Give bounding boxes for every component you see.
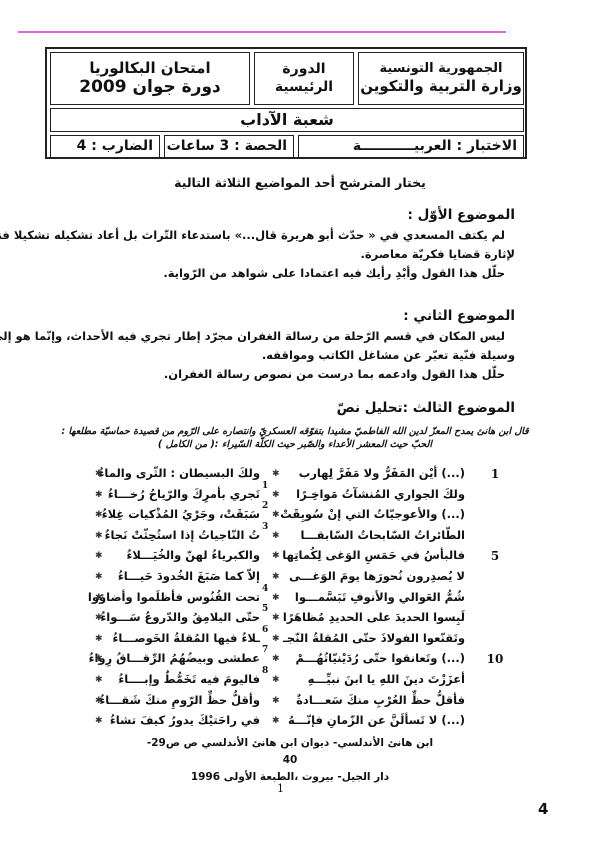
verse-first-hemistich: أعزَزْتَ دينَ اللهِ يا ابنَ نبيِّـــهِ — [308, 672, 465, 686]
verse-marker-icon: ✱ — [95, 696, 103, 706]
verse-marker-icon: ✱ — [95, 510, 103, 520]
subject-label: الاختبار : العربيـــــــــــة — [353, 138, 517, 156]
footnote-number: 6 — [262, 625, 268, 635]
poem-intro: قال ابن هانئ يمدح المعزّ لدين الله الفاط… — [50, 425, 540, 451]
exam-session-date: دورة جوان 2009 — [79, 77, 221, 98]
footnote-number: 4 — [262, 584, 268, 594]
verse-second-hemistich: ولكَ البسيطان : الثّرى والماءُ — [99, 466, 260, 480]
verse-first-hemistich: الطّائراتُ السّابحاتُ السّابقـــا — [300, 528, 465, 542]
verse-number: 5 — [480, 549, 510, 563]
topic-1-title: الموضوع الأوّل : — [407, 207, 515, 223]
duration-cell: الحصة : 3 ساعات — [164, 135, 294, 158]
footnote-number: 1 — [262, 481, 268, 491]
verse-marker-icon: ✱ — [95, 593, 103, 603]
verse-marker-icon: ✱ — [95, 531, 103, 541]
verse-second-hemistich: تَجري بأمرِكَ والرّياحُ رُخـــاءُ — [108, 487, 260, 501]
topic-2-line-1: ليس المكان في قسم الرّحلة من رسالة الغفر… — [35, 327, 515, 346]
poem-source: ابن هانئ الأندلسي- ديوان ابن هانئ الأندل… — [140, 735, 440, 786]
topic-1-text: لم يكتف المسعدي في « حدّث أبو هريرة قال.… — [35, 226, 515, 283]
poem-verse: وتَقنّعوا الفولاذَ حتّى المُقلةُ النّجـ✱… — [0, 630, 600, 650]
sheet-number: 4 — [538, 800, 548, 818]
verse-marker-icon: ✱ — [95, 716, 103, 726]
verse-separator-icon: ✱ — [272, 634, 280, 644]
verse-marker-icon: ✱ — [95, 654, 103, 664]
footnote-number: 2 — [262, 501, 268, 511]
verse-first-hemistich: شُمُّ العَوالي والأنوفِ تَبَسَّمـــوا — [295, 590, 465, 604]
verse-marker-icon: ✱ — [95, 613, 103, 623]
verse-first-hemistich: (...) أيْن المَفَرُّ ولا مَفَرَّ لِهارب — [299, 466, 465, 480]
verse-second-hemistich: فاليومَ فيه تَخَمُّطٌ وإبــــاءُ — [118, 672, 260, 686]
verse-marker-icon: ✱ — [95, 675, 103, 685]
verse-second-hemistich: والكبرياءُ لهنّ والخُيَـــلاءُ — [126, 548, 260, 562]
exam-title-cell: امتحان البكالوريا دورة جوان 2009 — [50, 52, 250, 105]
top-divider — [18, 31, 506, 33]
poem-verse: لَبِسوا الحديدَ على الحديدِ مُظاهَرًا✱حت… — [0, 609, 600, 629]
poem-verse: ولكَ الجواري المُنشآتُ مَواخِـرًا✱تَجري … — [0, 486, 600, 506]
poem-intro-line-2: الحبّ حيث المعشر الأعداء والصّبر حيث الك… — [50, 438, 540, 451]
subject-cell: الاختبار : العربيـــــــــــة — [298, 135, 524, 158]
verse-separator-icon: ✱ — [272, 551, 280, 561]
page-number: 1 — [277, 782, 284, 795]
verse-separator-icon: ✱ — [272, 593, 280, 603]
branch-cell: شعبة الآداب — [50, 108, 524, 132]
verse-second-hemistich: سَبَقَتْ، وجَرْيُ المُذْكيات غِلاءُ — [102, 507, 260, 521]
poem-verse: 1(...) أيْن المَفَرُّ ولا مَفَرَّ لِهارب… — [0, 465, 600, 485]
verse-marker-icon: ✱ — [95, 551, 103, 561]
topic-1-line-2: لإثارة قضايا فكريّة معاصرة. — [35, 245, 515, 264]
verse-number: 10 — [480, 652, 510, 666]
verse-separator-icon: ✱ — [272, 469, 280, 479]
topic-2-title: الموضوع الثاني : — [403, 308, 515, 324]
verse-separator-icon: ✱ — [272, 675, 280, 685]
exam-title: امتحان البكالوريا — [89, 59, 210, 78]
topic-2-line-3: حلّل هذا القول وادعمه بما درست من نصوص ر… — [35, 365, 515, 384]
verse-second-hemistich: إلاّ كما صَبَغَ الخُدودَ حَيـــاءُ — [118, 569, 260, 583]
verse-marker-icon: ✱ — [95, 634, 103, 644]
verse-separator-icon: ✱ — [272, 654, 280, 664]
verse-number: 1 — [480, 467, 510, 481]
verse-first-hemistich: (...) وتَعانقوا حتّى رُدَيْنيّاتُهُـــمْ — [295, 651, 465, 665]
footnote-number: 8 — [262, 666, 268, 676]
footnote-number: 3 — [262, 522, 268, 532]
verse-second-hemistich: تحت القُنُوس فأظلَموا وأضاؤوا — [88, 590, 260, 604]
duration-label: الحصة : 3 ساعات — [167, 138, 287, 156]
verse-marker-icon: ✱ — [95, 469, 103, 479]
poem-verse: (...) والأعوجيّاتُ التي إنْ سُوبِقَتْ✱سَ… — [0, 506, 600, 526]
exam-header-box: الجمهورية التونسية وزارة التربية والتكوي… — [45, 47, 527, 159]
verse-first-hemistich: ولكَ الجواري المُنشآتُ مَواخِـرًا — [296, 487, 465, 501]
verse-second-hemistich: حتّى اليلامِقُ والدّروعُ سَـــواءُ — [100, 610, 260, 624]
footnote-number: 7 — [262, 645, 268, 655]
verse-second-hemistich: ـلاءُ فيها المُقلةُ الخَوصـــاءُ — [113, 631, 260, 645]
poem-intro-line-1: قال ابن هانئ يمدح المعزّ لدين الله الفاط… — [50, 425, 540, 438]
verse-separator-icon: ✱ — [272, 490, 280, 500]
poem-verse: (...) لا تَسألَنَّ عن الزّمانِ فإنّـــهُ… — [0, 712, 600, 732]
topic-1-line-3: حلّل هذا القول وأبْدِ رأيك فيه اعتمادا ع… — [35, 264, 515, 283]
verse-first-hemistich: (...) والأعوجيّاتُ التي إنْ سُوبِقَتْ — [280, 507, 465, 521]
verse-separator-icon: ✱ — [272, 716, 280, 726]
session-label-1: الدورة — [282, 61, 325, 79]
poem-verse: فأقلُّ حظِّ العُرْبِ منكَ سَعـــادةٌ✱وأق… — [0, 692, 600, 712]
coefficient-label: الضارب : 4 — [77, 138, 153, 156]
verse-second-hemistich: عطشى وبيضُهُمُ الرِّقـــاقُ رِواءُ — [89, 651, 260, 665]
verse-second-hemistich: في راحَتيْكَ يدورُ كيفَ تشاءُ — [110, 713, 260, 727]
verse-separator-icon: ✱ — [272, 696, 280, 706]
session-cell: الدورة الرئيسية — [254, 52, 354, 105]
coefficient-cell: الضارب : 4 — [50, 135, 160, 158]
topic-1-line-1: لم يكتف المسعدي في « حدّث أبو هريرة قال.… — [35, 226, 515, 245]
verse-first-hemistich: فالبأسُ في حَمَسِ الوَغى لِكُماتِها — [282, 548, 465, 562]
verse-second-hemistich: تُ النّاجياتُ إذا استُحِثّتْ نَجاءُ — [105, 528, 260, 542]
poem-verse: لا يُصدِرون نُحورَها يومَ الوَغـــى✱إلاّ… — [0, 568, 600, 588]
poem-verse: 5فالبأسُ في حَمَسِ الوَغى لِكُماتِها✱وال… — [0, 547, 600, 567]
footnote-number: 5 — [262, 604, 268, 614]
source-line-2: دار الجيل- بيروت ،الطبعة الأولى 1996 — [140, 769, 440, 786]
country-label: الجمهورية التونسية — [379, 61, 502, 77]
verse-second-hemistich: وأقلُّ حظِّ الرّومِ منكَ شَقـــاءُ — [99, 693, 260, 707]
verse-first-hemistich: وتَقنّعوا الفولاذَ حتّى المُقلةُ النّجـ — [283, 631, 465, 645]
verse-separator-icon: ✱ — [272, 572, 280, 582]
instruction-text: يختار المترشح أحد المواضيع الثلاثة التال… — [0, 175, 600, 190]
source-line-1: ابن هانئ الأندلسي- ديوان ابن هانئ الأندل… — [140, 735, 440, 769]
verse-separator-icon: ✱ — [272, 510, 280, 520]
verse-first-hemistich: لَبِسوا الحديدَ على الحديدِ مُظاهَرًا — [283, 610, 465, 624]
topic-2-line-2: وسيلة فنّية تعبّر عن مشاغل الكاتب ومواقف… — [35, 346, 515, 365]
verse-marker-icon: ✱ — [95, 572, 103, 582]
verse-first-hemistich: لا يُصدِرون نُحورَها يومَ الوَغـــى — [289, 569, 465, 583]
poem-verse: شُمُّ العَوالي والأنوفِ تَبَسَّمـــوا✱تح… — [0, 589, 600, 609]
poem-verse: 10(...) وتَعانقوا حتّى رُدَيْنيّاتُهُـــ… — [0, 650, 600, 670]
session-label-2: الرئيسية — [275, 79, 333, 97]
verse-marker-icon: ✱ — [95, 490, 103, 500]
branch-label: شعبة الآداب — [240, 110, 334, 130]
poem-verse: أعزَزْتَ دينَ اللهِ يا ابنَ نبيِّـــهِ✱ف… — [0, 671, 600, 691]
ministry-cell: الجمهورية التونسية وزارة التربية والتكوي… — [358, 52, 524, 105]
poem-verse: الطّائراتُ السّابحاتُ السّابقـــا✱تُ الن… — [0, 527, 600, 547]
topic-2-text: ليس المكان في قسم الرّحلة من رسالة الغفر… — [35, 327, 515, 384]
verse-separator-icon: ✱ — [272, 531, 280, 541]
verse-separator-icon: ✱ — [272, 613, 280, 623]
ministry-label: وزارة التربية والتكوين — [360, 77, 522, 96]
verse-first-hemistich: فأقلُّ حظِّ العُرْبِ منكَ سَعـــادةٌ — [296, 693, 465, 707]
verse-first-hemistich: (...) لا تَسألَنَّ عن الزّمانِ فإنّـــهُ — [288, 713, 465, 727]
topic-3-title: الموضوع الثالث :تحليل نصّ — [337, 400, 515, 416]
